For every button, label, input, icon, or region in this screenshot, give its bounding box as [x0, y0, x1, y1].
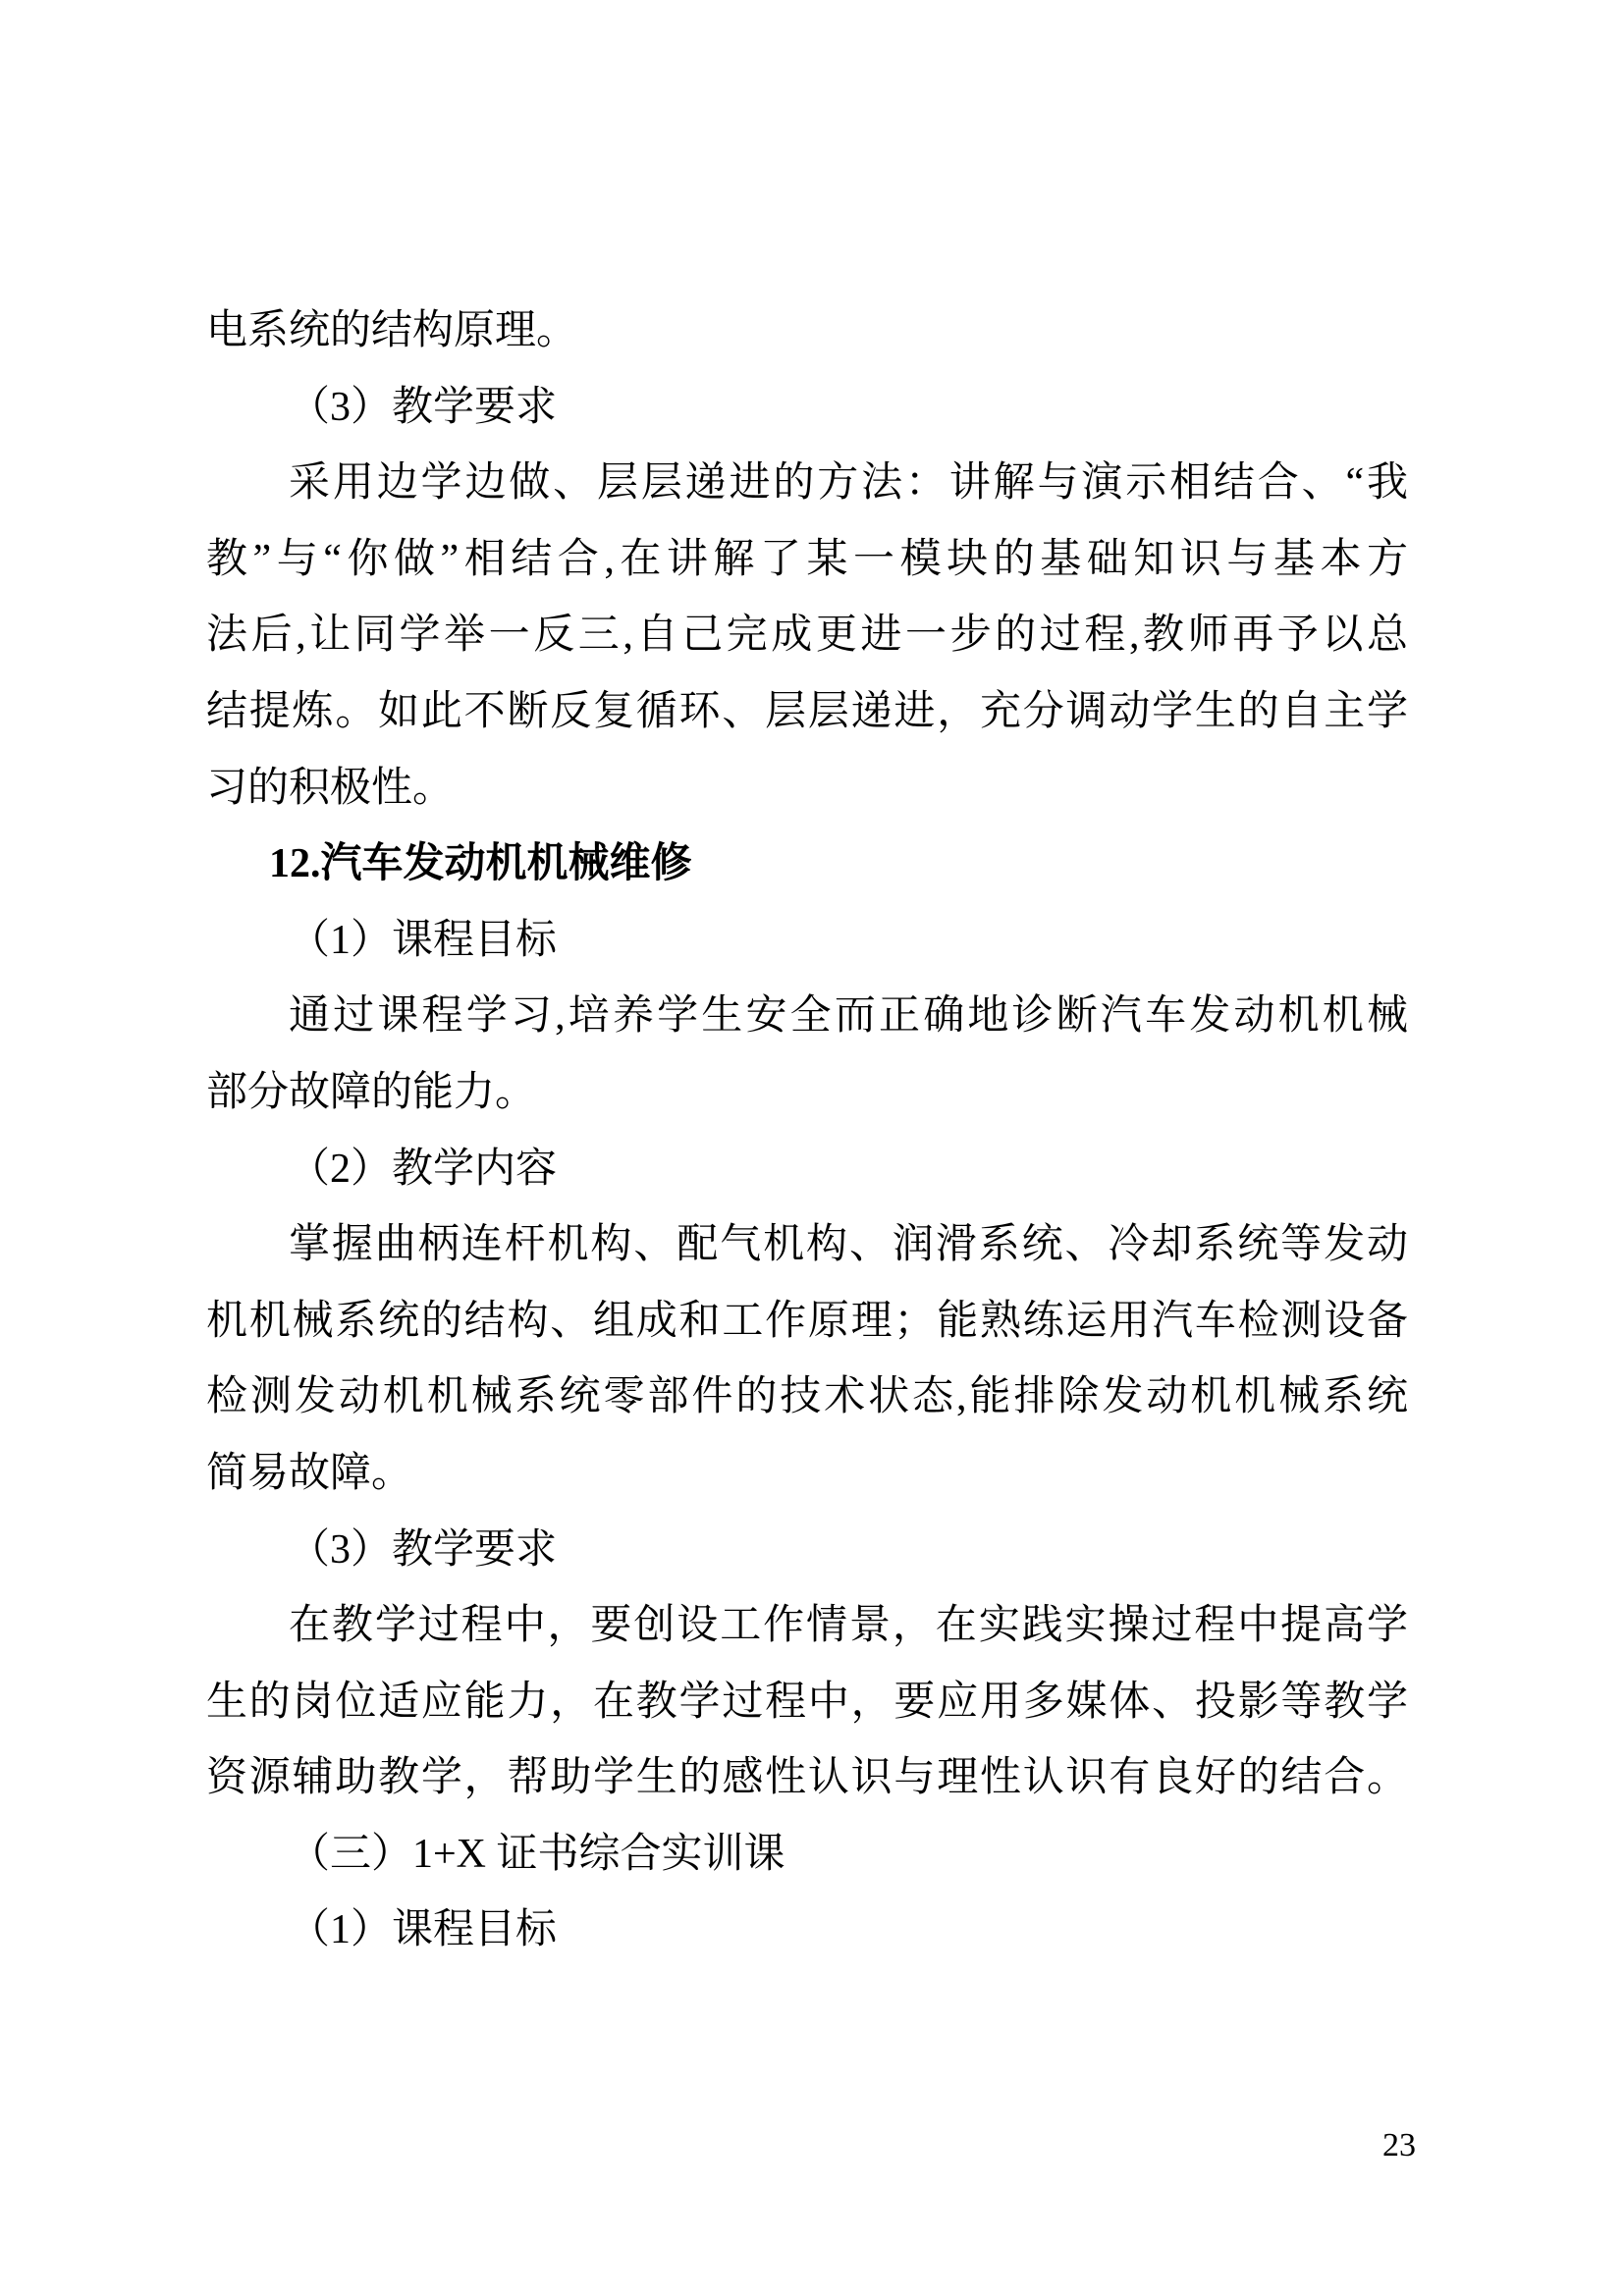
- body-line: 部分故障的能力。: [206, 1055, 1408, 1132]
- subsection-heading: （3）教学要求: [206, 370, 1408, 447]
- body-line: 习的积极性。: [206, 751, 1408, 828]
- body-line: 通过课程学习,培养学生安全而正确地诊断汽车发动机机械: [206, 979, 1408, 1055]
- body-line: 资源辅助教学，帮助学生的感性认识与理性认识有良好的结合。: [206, 1740, 1408, 1817]
- body-line: 教”与“你做”相结合,在讲解了某一模块的基础知识与基本方: [206, 522, 1408, 599]
- subsection-heading: （3）教学要求: [206, 1513, 1408, 1589]
- body-line: 检测发动机机械系统零部件的技术状态,能排除发动机机械系统: [206, 1360, 1408, 1436]
- subsection-heading: （2）教学内容: [206, 1132, 1408, 1208]
- body-line: 简易故障。: [206, 1436, 1408, 1513]
- document-page: 电系统的结构原理。 （3）教学要求 采用边学边做、层层递进的方法：讲解与演示相结…: [0, 0, 1624, 2296]
- subsection-heading: （1）课程目标: [206, 1893, 1408, 1969]
- body-line: 在教学过程中，要创设工作情景，在实践实操过程中提高学: [206, 1588, 1408, 1665]
- body-line: 掌握曲柄连杆机构、配气机构、润滑系统、冷却系统等发动: [206, 1207, 1408, 1284]
- body-line: 采用边学边做、层层递进的方法：讲解与演示相结合、“我: [206, 446, 1408, 522]
- page-number: 23: [1382, 2126, 1416, 2165]
- body-line: 法后,让同学举一反三,自己完成更进一步的过程,教师再予以总: [206, 598, 1408, 674]
- section-heading: （三）1+X 证书综合实训课: [206, 1817, 1408, 1894]
- subsection-heading: （1）课程目标: [206, 903, 1408, 980]
- body-line: 机机械系统的结构、组成和工作原理；能熟练运用汽车检测设备: [206, 1284, 1408, 1361]
- course-heading: 12.汽车发动机机械维修: [206, 827, 1408, 903]
- body-line: 生的岗位适应能力，在教学过程中，要应用多媒体、投影等教学: [206, 1665, 1408, 1741]
- body-line: 电系统的结构原理。: [206, 294, 1408, 370]
- body-line: 结提炼。如此不断反复循环、层层递进，充分调动学生的自主学: [206, 674, 1408, 751]
- document-content: 电系统的结构原理。 （3）教学要求 采用边学边做、层层递进的方法：讲解与演示相结…: [206, 294, 1408, 1969]
